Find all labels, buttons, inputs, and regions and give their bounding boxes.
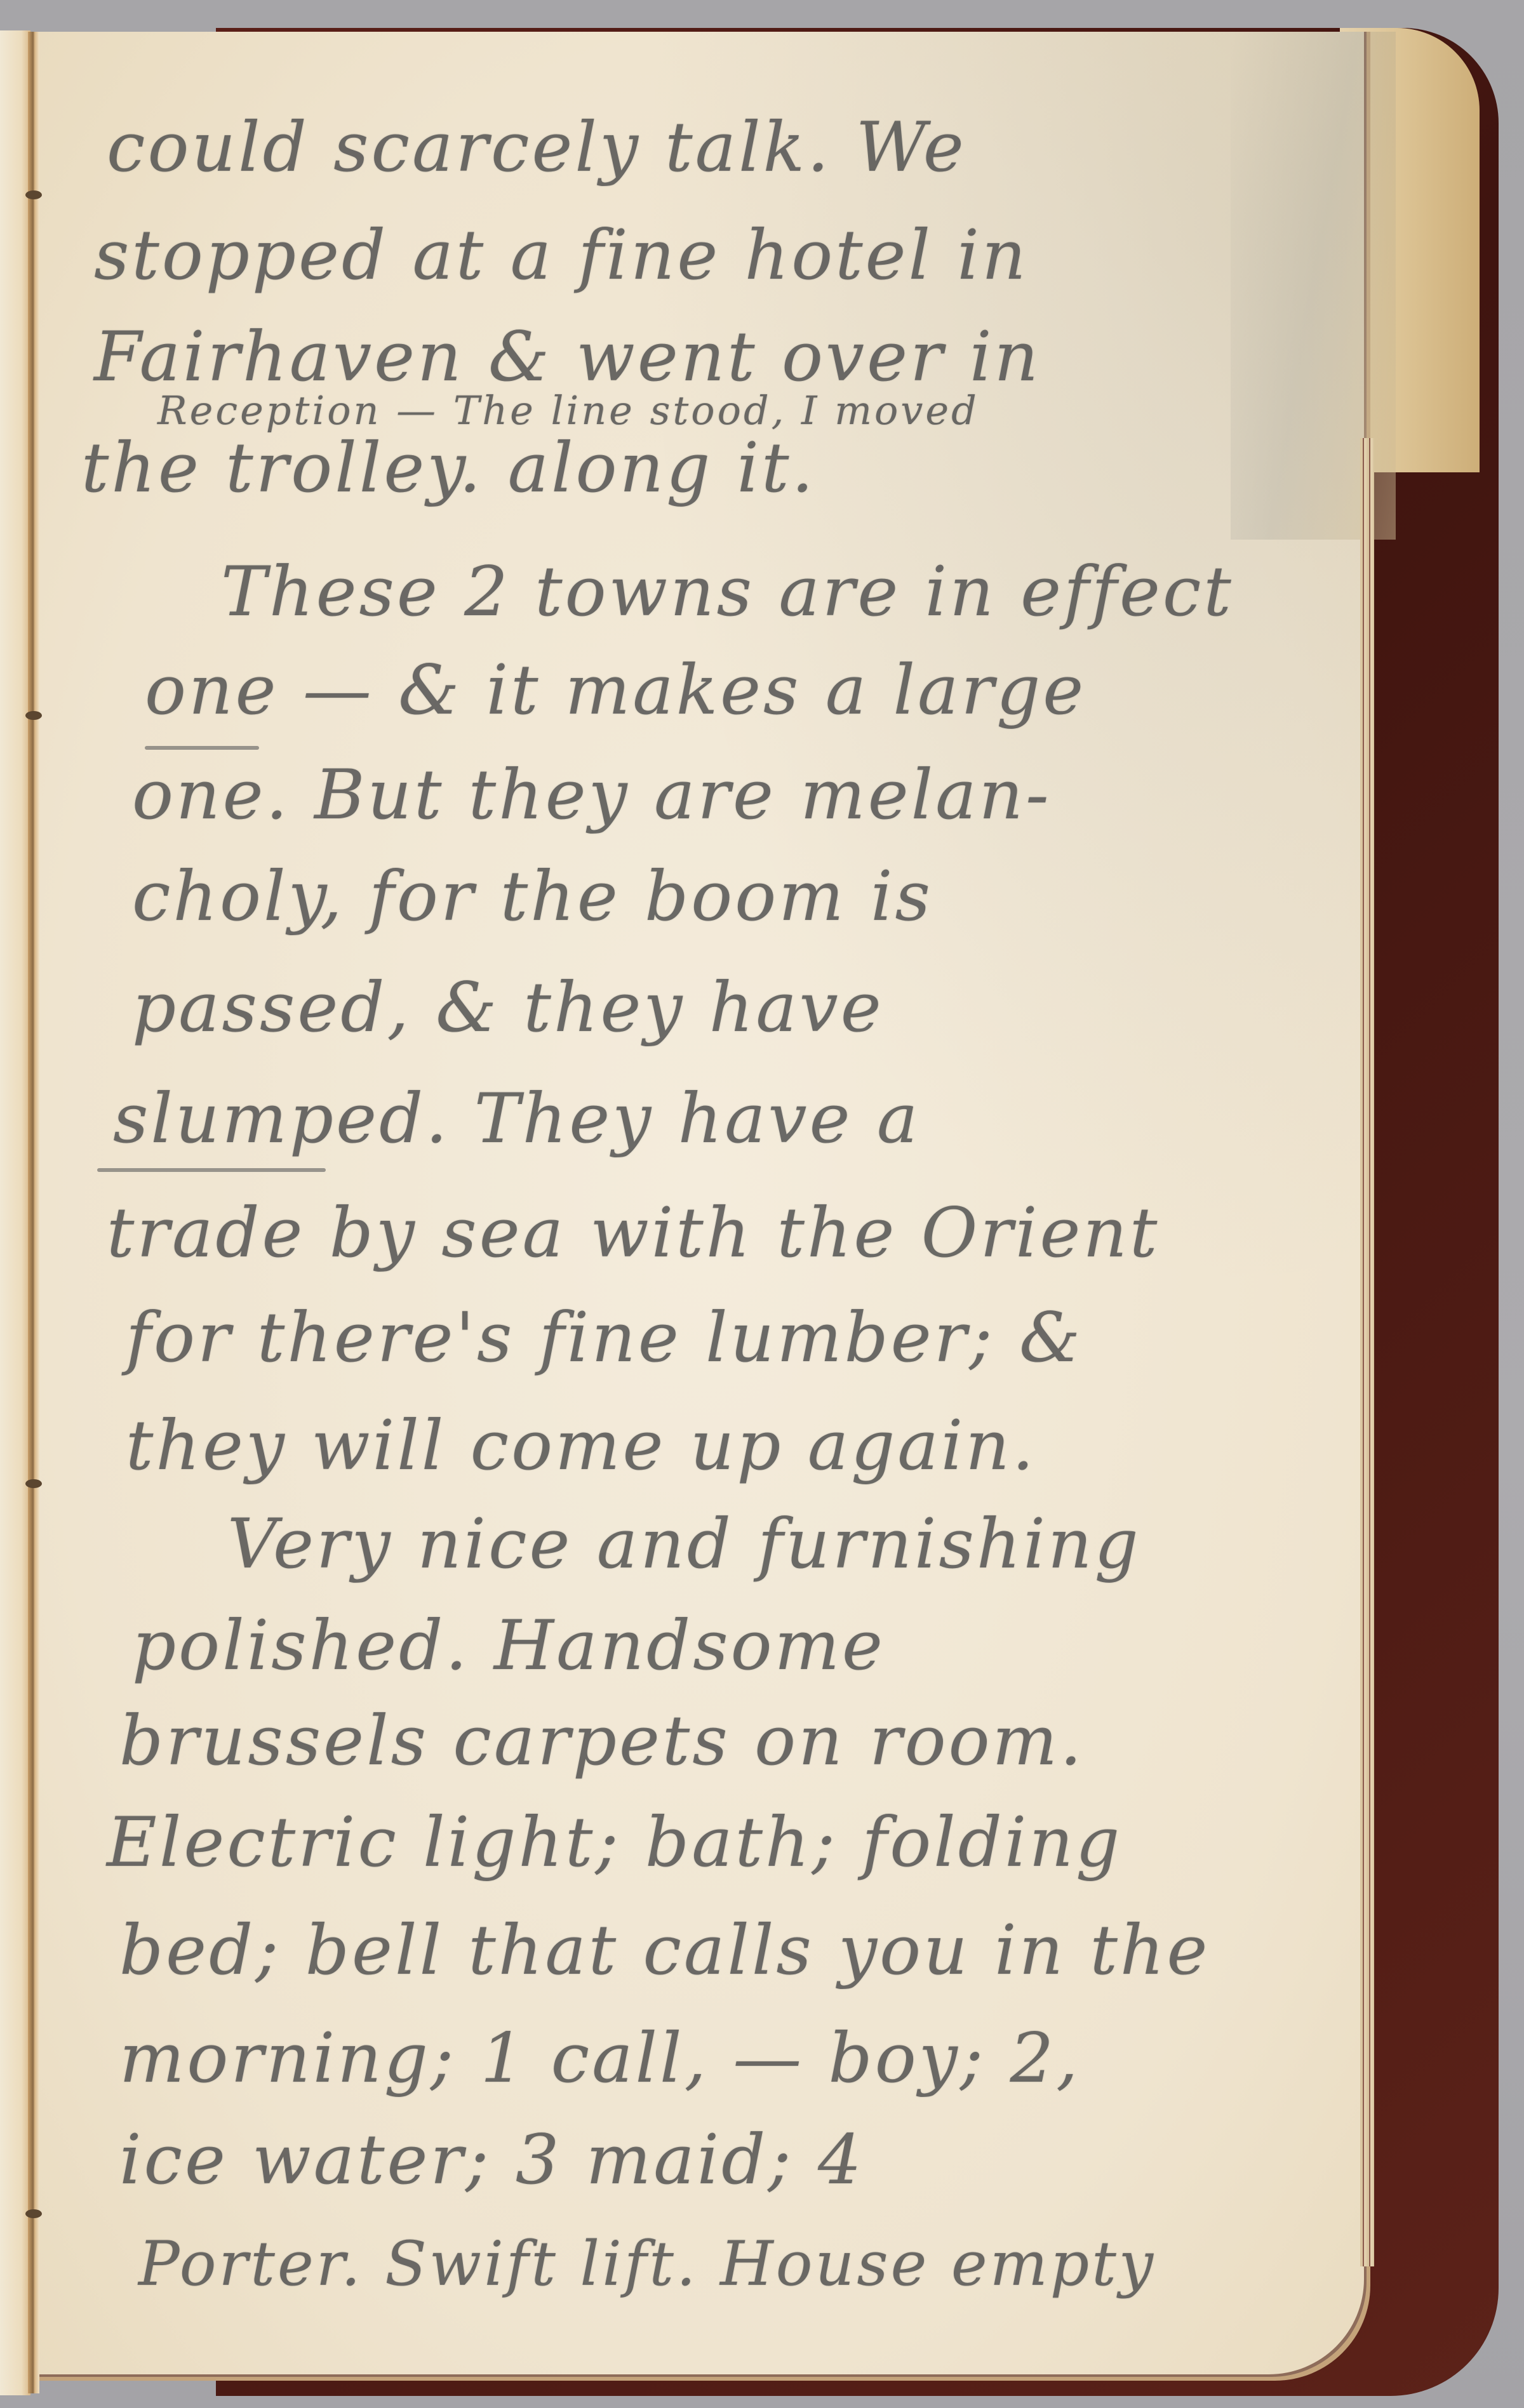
handwritten-line-14: Very nice and furnishing xyxy=(227,1505,1141,1584)
notebook-page: could scarcely talk. We stopped at a fin… xyxy=(37,32,1370,2381)
handwritten-line-19: morning; 1 call, — boy; 2, xyxy=(119,2019,1080,2098)
handwritten-line-3: Fairhaven & went over in xyxy=(94,317,1041,397)
binding-stitch-hole xyxy=(25,190,42,199)
dash-mark xyxy=(97,1168,326,1172)
handwritten-line-7: one. But they are melan- xyxy=(132,755,1052,835)
scan-background: could scarcely talk. We stopped at a fin… xyxy=(0,0,1524,2408)
handwritten-line-11: trade by sea with the Orient xyxy=(107,1194,1160,1273)
page-stack-edge xyxy=(1360,438,1374,2266)
handwritten-line-10: slumped. They have a xyxy=(113,1079,920,1159)
binding-gutter xyxy=(28,32,39,2393)
handwritten-line-12: for there's fine lumber; & xyxy=(126,1298,1083,1378)
binding-stitch-hole xyxy=(25,2209,42,2218)
underline-one xyxy=(145,746,259,750)
interlinear-insertion: Reception — The line stood, I moved xyxy=(157,387,979,434)
handwritten-line-16: brussels carpets on room. xyxy=(119,1701,1084,1781)
binding-stitch-hole xyxy=(25,1479,42,1488)
handwritten-line-1: could scarcely talk. We xyxy=(107,108,966,187)
handwritten-line-9: passed, & they have xyxy=(132,968,884,1048)
handwritten-line-2: stopped at a fine hotel in xyxy=(94,216,1029,295)
handwritten-line-5: These 2 towns are in effect xyxy=(221,552,1234,632)
handwritten-line-17: Electric light; bath; folding xyxy=(107,1803,1122,1882)
handwritten-line-4: the trolley. along it. xyxy=(81,429,816,508)
binding-stitch-hole xyxy=(25,711,42,720)
handwritten-line-13: they will come up again. xyxy=(126,1406,1036,1486)
handwritten-line-18: bed; bell that calls you in the xyxy=(119,1911,1210,1990)
facing-page-edge xyxy=(0,30,30,2395)
handwritten-line-6: one — & it makes a large xyxy=(145,651,1086,730)
handwritten-line-15: polished. Handsome xyxy=(132,1606,885,1686)
handwritten-line-20: ice water; 3 maid; 4 xyxy=(119,2120,864,2200)
handwritten-line-21: Porter. Swift lift. House empty xyxy=(138,2228,1156,2299)
handwritten-line-8: choly, for the boom is xyxy=(132,857,933,936)
